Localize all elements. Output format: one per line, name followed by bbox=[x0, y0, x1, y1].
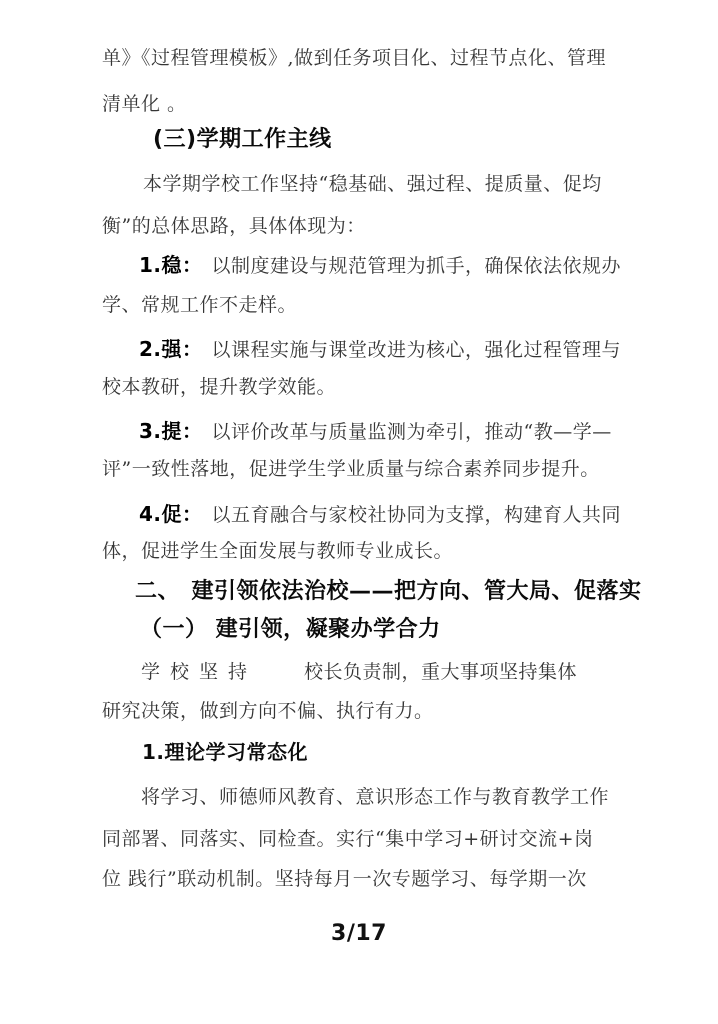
paragraph-line: 清单化 。 bbox=[102, 92, 187, 116]
numbered-point-line: 4.促：以五育融合与家校社协同为支撑，构建育人共同 bbox=[139, 502, 621, 527]
page-number: 3/17 bbox=[0, 921, 718, 946]
paragraph-line: 单》《过程管理模板》,做到任务项目化、过程节点化、管理 bbox=[102, 46, 606, 70]
paragraph-line: 校本教研，提升教学效能。 bbox=[102, 375, 336, 399]
trail-text: 校长负责制，重大事项坚持集体 bbox=[304, 661, 577, 683]
point-text: 以制度建设与规范管理为抓手，确保依法依规办 bbox=[212, 255, 622, 277]
paragraph-line: 研究决策，做到方向不偏、执行有力。 bbox=[102, 699, 434, 723]
section-heading-party-leading: （一） 建引领，凝聚办学合力 bbox=[140, 618, 441, 642]
redacted-gap bbox=[257, 677, 304, 678]
paragraph-line: 将学习、师德师风教育、意识形态工作与教育教学工作 bbox=[141, 785, 609, 809]
point-label-improve: 3.提： bbox=[139, 419, 203, 443]
paragraph-line-with-redaction: 学校坚持校长负责制，重大事项坚持集体 bbox=[141, 660, 577, 684]
paragraph-line: 学、常规工作不走样。 bbox=[102, 293, 297, 317]
section-heading-semester-mainline: (三)学期工作主线 bbox=[153, 128, 332, 152]
numbered-point-line: 1.稳：以制度建设与规范管理为抓手，确保依法依规办 bbox=[139, 253, 621, 278]
lead-text: 学校坚持 bbox=[141, 661, 257, 683]
point-text: 以五育融合与家校社协同为支撑，构建育人共同 bbox=[212, 504, 622, 526]
paragraph-line: 位 践行”联动机制。坚持每月一次专题学习、每学期一次 bbox=[102, 867, 587, 891]
point-label-strengthen: 2.强： bbox=[139, 337, 203, 361]
point-label-stable: 1.稳： bbox=[139, 253, 203, 277]
numbered-point-line: 3.提：以评价改革与质量监测为牵引，推动“教—学— bbox=[139, 419, 612, 444]
paragraph-line: 同部署、同落实、同检查。实行“集中学习+研讨交流+岗 bbox=[102, 827, 594, 851]
subsection-heading-theory-study: 1.理论学习常态化 bbox=[142, 740, 308, 764]
paragraph-line: 衡”的总体思路，具体体现为： bbox=[102, 214, 366, 238]
point-text: 以评价改革与质量监测为牵引，推动“教—学— bbox=[212, 421, 612, 443]
point-label-promote: 4.促： bbox=[139, 502, 203, 526]
paragraph-line: 本学期学校工作坚持“稳基础、强过程、提质量、促均 bbox=[143, 172, 602, 196]
numbered-point-line: 2.强：以课程实施与课堂改进为核心，强化过程管理与 bbox=[139, 337, 621, 362]
paragraph-line: 体，促进学生全面发展与教师专业成长。 bbox=[102, 539, 453, 563]
document-page: 单》《过程管理模板》,做到任务项目化、过程节点化、管理 清单化 。 (三)学期工… bbox=[0, 0, 718, 1024]
paragraph-line: 评”一致性落地，促进学生学业质量与综合素养同步提升。 bbox=[102, 457, 600, 481]
point-text: 以课程实施与课堂改进为核心，强化过程管理与 bbox=[212, 339, 622, 361]
chapter-heading-rule-by-law: 二、 建引领依法治校——把方向、管大局、促落实 bbox=[135, 580, 642, 604]
